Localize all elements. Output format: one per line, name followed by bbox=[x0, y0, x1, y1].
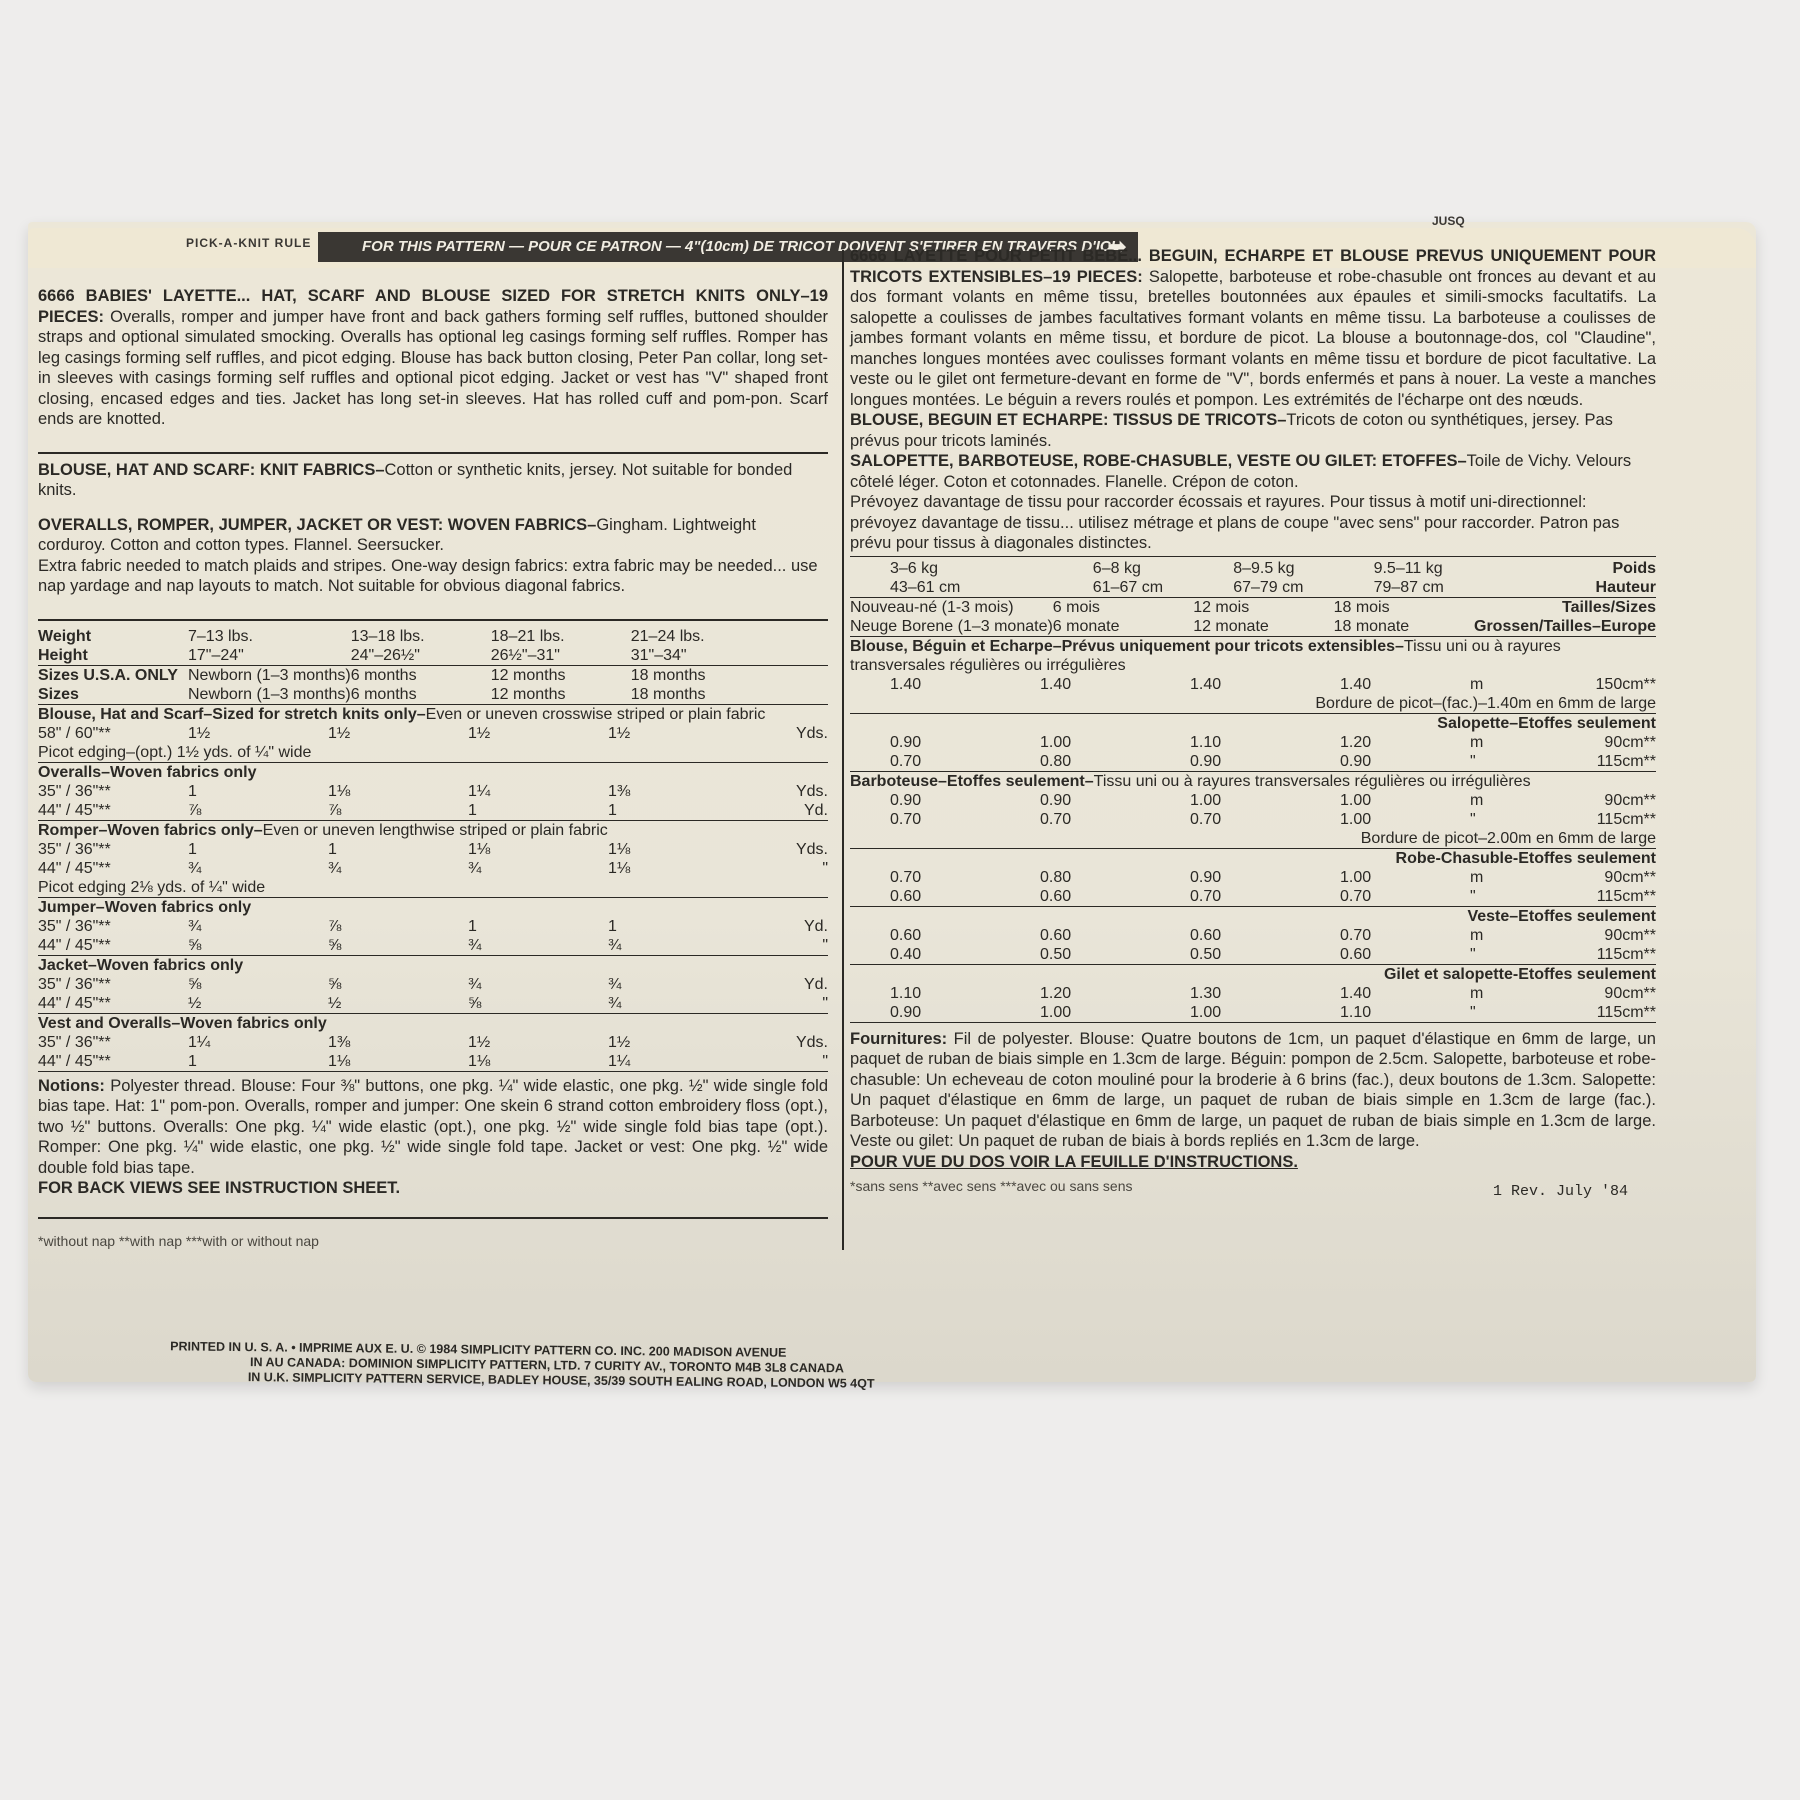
yardage-section-title: Salopette–Etoffes seulement bbox=[850, 714, 1656, 733]
yardage-row: 0.700.800.900.90"115cm** bbox=[850, 752, 1656, 772]
yardage-section: Overalls–Woven fabrics only35" / 36"**11… bbox=[38, 763, 828, 821]
divider bbox=[38, 452, 828, 454]
yardage-row: 35" / 36"**¾⅞11Yd. bbox=[38, 917, 828, 936]
yardage-section-title: Romper–Woven fabrics only–Even or uneven… bbox=[38, 821, 828, 840]
english-notions: Notions: Polyester thread. Blouse: Four … bbox=[38, 1076, 828, 1179]
yardage-row: 0.700.700.701.00"115cm** bbox=[850, 810, 1656, 829]
yardage-section-title: Veste–Etoffes seulement bbox=[850, 907, 1656, 926]
yardage-section: Barboteuse–Etoffes seulement–Tissu uni o… bbox=[850, 772, 1656, 849]
divider bbox=[38, 1217, 828, 1219]
yardage-row: 35" / 36"**11⅛1¼1⅜Yds. bbox=[38, 782, 828, 801]
yardage-section-title: Jumper–Woven fabrics only bbox=[38, 898, 828, 917]
yardage-row: 0.600.600.700.70"115cm** bbox=[850, 887, 1656, 907]
yardage-row: 0.600.600.600.70m90cm** bbox=[850, 926, 1656, 945]
french-column: 6666 LAYETTE POUR PETIT BEBE... BEGUIN, … bbox=[850, 246, 1656, 1202]
yardage-row: 0.901.001.001.10"115cm** bbox=[850, 1003, 1656, 1023]
yardage-section-title: Blouse, Hat and Scarf–Sized for stretch … bbox=[38, 705, 828, 724]
yardage-row: 44" / 45"**⅝⅝¾¾" bbox=[38, 936, 828, 956]
yardage-section-title: Vest and Overalls–Woven fabrics only bbox=[38, 1014, 828, 1033]
english-fabric-note: Extra fabric needed to match plaids and … bbox=[38, 556, 828, 597]
divider bbox=[38, 619, 828, 621]
french-size-table: 3–6 kg6–8 kg8–9.5 kg9.5–11 kgPoids 43–61… bbox=[850, 559, 1656, 637]
french-intro: 6666 LAYETTE POUR PETIT BEBE... BEGUIN, … bbox=[850, 246, 1656, 410]
french-back-views-note: POUR VUE DU DOS VOIR LA FEUILLE D'INSTRU… bbox=[850, 1152, 1656, 1173]
yardage-section: Blouse, Béguin et Echarpe–Prévus uniquem… bbox=[850, 637, 1656, 714]
yardage-extra-note: Picot edging 2⅛ yds. of ¼" wide bbox=[38, 878, 828, 898]
yardage-row: 0.900.901.001.00m90cm** bbox=[850, 791, 1656, 810]
french-notions: Fournitures: Fil de polyester. Blouse: Q… bbox=[850, 1029, 1656, 1152]
yardage-section-title: Overalls–Woven fabrics only bbox=[38, 763, 828, 782]
french-fabric-woven: SALOPETTE, BARBOTEUSE, ROBE-CHASUBLE, VE… bbox=[850, 451, 1656, 492]
english-intro: 6666 BABIES' LAYETTE... HAT, SCARF AND B… bbox=[38, 286, 828, 430]
english-back-views-note: FOR BACK VIEWS SEE INSTRUCTION SHEET. bbox=[38, 1178, 828, 1199]
yardage-section-title: Gilet et salopette-Etoffes seulement bbox=[850, 965, 1656, 984]
yardage-row: 35" / 36"**111⅛1⅛Yds. bbox=[38, 840, 828, 859]
yardage-section: Gilet et salopette-Etoffes seulement1.10… bbox=[850, 965, 1656, 1023]
yardage-extra-note: Picot edging–(opt.) 1½ yds. of ¼" wide bbox=[38, 743, 828, 763]
yardage-row: 35" / 36"**1¼1⅜1½1½Yds. bbox=[38, 1033, 828, 1052]
english-size-table: Weight 7–13 lbs.13–18 lbs.18–21 lbs.21–2… bbox=[38, 627, 828, 705]
yardage-row: 44" / 45"**⅞⅞11Yd. bbox=[38, 801, 828, 821]
english-yardage-table: Blouse, Hat and Scarf–Sized for stretch … bbox=[38, 705, 828, 1072]
divider bbox=[850, 556, 1656, 557]
yardage-section: Salopette–Etoffes seulement0.901.001.101… bbox=[850, 714, 1656, 772]
pick-a-knit-rule-label: PICK-A-KNIT RULE bbox=[186, 236, 311, 250]
yardage-extra-note: Bordure de picot–(fac.)–1.40m en 6mm de … bbox=[850, 694, 1656, 714]
yardage-section: Robe-Chasuble-Etoffes seulement0.700.800… bbox=[850, 849, 1656, 907]
yardage-row: 44" / 45"**¾¾¾1⅛" bbox=[38, 859, 828, 878]
english-fabric-woven: OVERALLS, ROMPER, JUMPER, JACKET OR VEST… bbox=[38, 515, 828, 556]
yardage-section: Romper–Woven fabrics only–Even or uneven… bbox=[38, 821, 828, 898]
yardage-section: Jacket–Woven fabrics only35" / 36"**⅝⅝¾¾… bbox=[38, 956, 828, 1014]
yardage-section: Blouse, Hat and Scarf–Sized for stretch … bbox=[38, 705, 828, 763]
french-fabric-note: Prévoyez davantage de tissu pour raccord… bbox=[850, 492, 1656, 554]
yardage-row: 0.901.001.101.20m90cm** bbox=[850, 733, 1656, 752]
yardage-section-title: Blouse, Béguin et Echarpe–Prévus uniquem… bbox=[850, 637, 1656, 675]
yardage-section-title: Robe-Chasuble-Etoffes seulement bbox=[850, 849, 1656, 868]
english-column: 6666 BABIES' LAYETTE... HAT, SCARF AND B… bbox=[38, 286, 828, 1251]
yardage-row: 44" / 45"**11⅛1⅛1¼" bbox=[38, 1052, 828, 1072]
jusqu-label: JUSQ bbox=[1432, 214, 1465, 228]
yardage-row: 0.400.500.500.60"115cm** bbox=[850, 945, 1656, 965]
yardage-row: 35" / 36"**⅝⅝¾¾Yd. bbox=[38, 975, 828, 994]
printer-imprint: PRINTED IN U. S. A. • IMPRIME AUX E. U. … bbox=[170, 1339, 875, 1391]
yardage-row: 44" / 45"**½½⅝¾" bbox=[38, 994, 828, 1014]
yardage-row: 58" / 60"**1½1½1½1½Yds. bbox=[38, 724, 828, 743]
yardage-row: 0.700.800.901.00m90cm** bbox=[850, 868, 1656, 887]
yardage-section-title: Barboteuse–Etoffes seulement–Tissu uni o… bbox=[850, 772, 1656, 791]
yardage-section: Veste–Etoffes seulement0.600.600.600.70m… bbox=[850, 907, 1656, 965]
yardage-section-title: Jacket–Woven fabrics only bbox=[38, 956, 828, 975]
yardage-row: 1.101.201.301.40m90cm** bbox=[850, 984, 1656, 1003]
revision-date: 1 Rev. July '84 bbox=[1493, 1182, 1628, 1203]
english-footnote: *without nap **with nap ***with or witho… bbox=[38, 1231, 828, 1252]
english-fabric-knit: BLOUSE, HAT AND SCARF: KNIT FABRICS–Cott… bbox=[38, 460, 828, 501]
yardage-row: 1.401.401.401.40m150cm** bbox=[850, 675, 1656, 694]
yardage-section: Jumper–Woven fabrics only35" / 36"**¾⅞11… bbox=[38, 898, 828, 956]
french-yardage-table: Blouse, Béguin et Echarpe–Prévus uniquem… bbox=[850, 637, 1656, 1023]
french-fabric-knit: BLOUSE, BEGUIN ET ECHARPE: TISSUS DE TRI… bbox=[850, 410, 1656, 451]
yardage-extra-note: Bordure de picot–2.00m en 6mm de large bbox=[850, 829, 1656, 849]
column-divider bbox=[842, 250, 844, 1250]
yardage-section: Vest and Overalls–Woven fabrics only35" … bbox=[38, 1014, 828, 1072]
